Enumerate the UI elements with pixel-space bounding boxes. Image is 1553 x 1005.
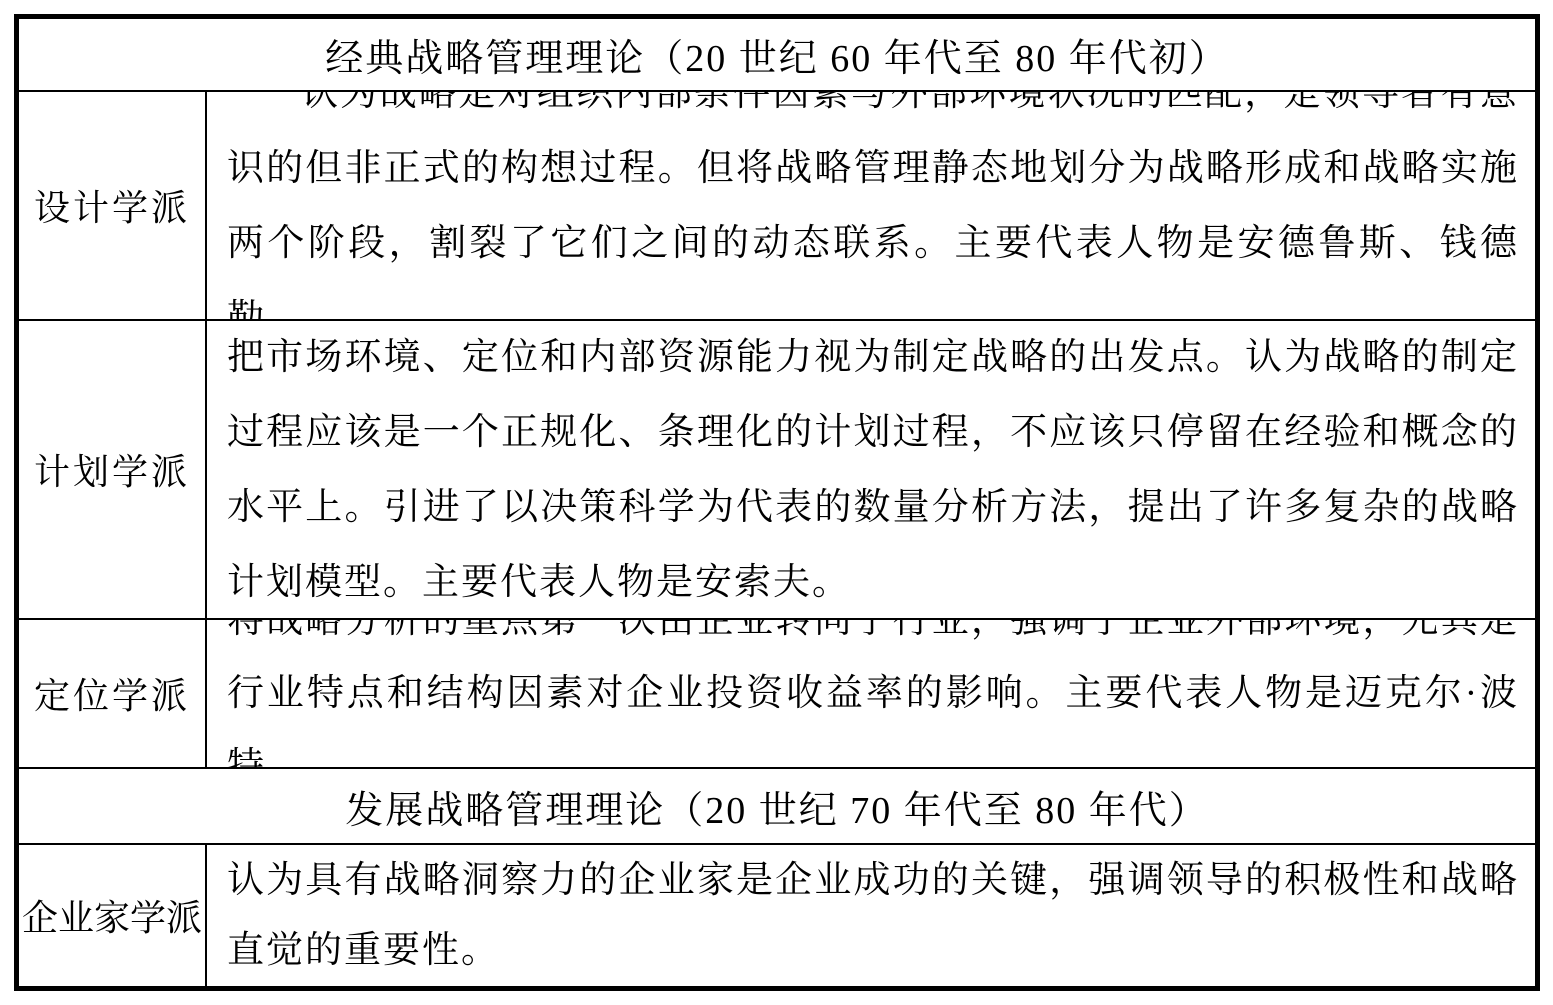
section-header-classic-theory: 经典战略管理理论（20 世纪 60 年代至 80 年代初）: [19, 19, 1535, 92]
table-row-planning-school: 计划学派 把市场环境、定位和内部资源能力视为制定战略的出发点。认为战略的制定过程…: [19, 321, 1535, 620]
school-description-cell: 将战略分析的重点第一次由企业转向了行业，强调了企业外部环境，尤其是行业特点和结构…: [207, 620, 1535, 767]
school-description-cell: 把市场环境、定位和内部资源能力视为制定战略的出发点。认为战略的制定过程应该是一个…: [207, 321, 1535, 618]
school-name-positioning: 定位学派: [19, 620, 207, 767]
table-row-entrepreneurial-school: 企业家学派 认为具有战略洞察力的企业家是企业成功的关键，强调领导的积极性和战略直…: [19, 845, 1535, 986]
school-description-positioning: 将战略分析的重点第一次由企业转向了行业，强调了企业外部环境，尤其是行业特点和结构…: [227, 620, 1519, 767]
table-row-positioning-school: 定位学派 将战略分析的重点第一次由企业转向了行业，强调了企业外部环境，尤其是行业…: [19, 620, 1535, 769]
table-row-design-school: 设计学派 认为战略是对组织内部条件因素与外部环境状况的匹配，是领导者有意识的但非…: [19, 92, 1535, 321]
school-name-entrepreneurial: 企业家学派: [19, 845, 207, 986]
school-description-cell: 认为具有战略洞察力的企业家是企业成功的关键，强调领导的积极性和战略直觉的重要性。: [207, 845, 1535, 986]
school-description-entrepreneurial: 认为具有战略洞察力的企业家是企业成功的关键，强调领导的积极性和战略直觉的重要性。: [227, 846, 1519, 986]
section-header-developing-theory: 发展战略管理理论（20 世纪 70 年代至 80 年代）: [19, 769, 1535, 845]
school-description-planning: 把市场环境、定位和内部资源能力视为制定战略的出发点。认为战略的制定过程应该是一个…: [227, 321, 1519, 618]
school-description-design: 认为战略是对组织内部条件因素与外部环境状况的匹配，是领导者有意识的但非正式的构想…: [227, 92, 1519, 319]
school-name-planning: 计划学派: [19, 321, 207, 618]
strategic-management-theory-table: 经典战略管理理论（20 世纪 60 年代至 80 年代初） 设计学派 认为战略是…: [14, 14, 1540, 991]
school-description-cell: 认为战略是对组织内部条件因素与外部环境状况的匹配，是领导者有意识的但非正式的构想…: [207, 92, 1535, 319]
school-name-design: 设计学派: [19, 92, 207, 319]
scanned-document-page: 经典战略管理理论（20 世纪 60 年代至 80 年代初） 设计学派 认为战略是…: [0, 0, 1553, 1005]
